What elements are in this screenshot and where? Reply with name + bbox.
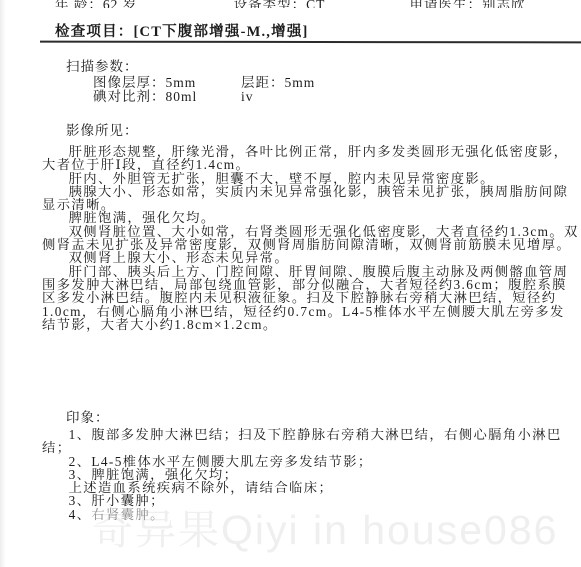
impression-item: 1、腹部多发肿大淋巴结；扫及下腔静脉右旁稍大淋巴结，右侧心膈角小淋巴结；	[42, 428, 579, 455]
impression-title: 印象：	[66, 406, 110, 426]
scan-params-table: 图像层厚：5mm层距：5mm 碘对比剂：80mliv	[93, 76, 315, 103]
patient-age: 年 龄：62 岁	[55, 0, 137, 8]
findings-paragraph: 胰腺大小、形态如常，实质内未见异常强化影，胰管未见扩张，胰周脂肪间隙显示清晰。	[42, 185, 579, 212]
scan-params-row: 碘对比剂：80mliv	[93, 90, 315, 104]
impression-body: 1、腹部多发肿大淋巴结；扫及下腔静脉右旁稍大淋巴结，右侧心膈角小淋巴结； 2、L…	[42, 428, 579, 521]
header-divider	[40, 41, 581, 44]
impression-item: 4、右肾囊肿。	[42, 508, 579, 521]
impression-item: 3、肝小囊肿；	[42, 494, 579, 507]
impression-item-number: 4、	[69, 507, 92, 522]
exam-item-row: 检查项目：[CT下腹部增强-M.,增强]	[55, 20, 309, 41]
requesting-doctor: 申请医生：别志欣	[410, 0, 526, 8]
scan-params-title: 扫描参数：	[66, 55, 139, 75]
findings-paragraph: 肝内、外胆管无扩张，胆囊不大，壁不厚，腔内未见异常密度影。	[42, 172, 579, 185]
findings-paragraph: 双侧肾脏位置、大小如常，右肾类圆形无强化低密度影，大者直径约1.3cm。双侧肾盂…	[42, 225, 579, 252]
impression-item: 2、L4-5椎体水平左侧腰大肌左旁多发结节影；	[42, 455, 579, 468]
findings-paragraph: 脾脏饱满，强化欠均。	[42, 211, 579, 224]
findings-title: 影像所见：	[66, 119, 139, 139]
patient-info-row-clipped: 年 龄：62 岁 设备类型：CT 申请医生：别志欣	[55, 0, 581, 8]
patient-info-line: 年 龄：62 岁 设备类型：CT 申请医生：别志欣	[55, 0, 581, 8]
exam-item-value: [CT下腹部增强-M.,增强]	[134, 24, 309, 40]
exam-item-label: 检查项目：	[55, 24, 134, 40]
device-type: 设备类型：CT	[234, 0, 326, 8]
findings-paragraph: 肝脏形态规整，肝缘光滑，各叶比例正常，肝内多发类圆形无强化低密度影，大者位于肝Ⅰ…	[42, 145, 579, 172]
findings-body: 肝脏形态规整，肝缘光滑，各叶比例正常，肝内多发类圆形无强化低密度影，大者位于肝Ⅰ…	[42, 145, 579, 331]
findings-paragraph: 肝门部、胰头后上方、门腔间隙、肝胃间隙、腹膜后腹主动脉及两侧髂血管周围多发肿大淋…	[42, 265, 579, 331]
impression-item-text-faded: 右肾囊肿。	[91, 507, 164, 522]
contrast-route: iv	[241, 89, 254, 104]
page-edge-shadow	[0, 0, 7, 567]
scan-params-row: 图像层厚：5mm层距：5mm	[93, 76, 315, 90]
contrast-agent: 碘对比剂：80ml	[93, 90, 241, 104]
slice-thickness: 图像层厚：5mm	[93, 76, 241, 90]
findings-paragraph: 双侧肾上腺大小、形态未见异常。	[42, 251, 579, 264]
